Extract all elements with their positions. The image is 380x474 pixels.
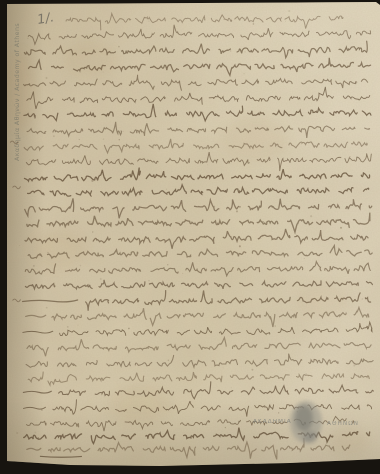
stamp-text-right: ΑΘΗΝΩΝ [327,421,359,427]
stamp-text-left: ΑΚΑΔΗΜΙΑ [253,419,292,425]
archive-watermark-text: Ακαδημία Αθηνών / Academy of Athens [13,23,21,161]
stamp-seal-icon [290,401,322,443]
manuscript-page-svg: 1/. Ακαδημία Αθηνών / Academy of Athens … [0,0,380,474]
page-number-annotation: 1/. [36,10,55,28]
manuscript-scan: 1/. Ακαδημία Αθηνών / Academy of Athens … [0,0,380,474]
